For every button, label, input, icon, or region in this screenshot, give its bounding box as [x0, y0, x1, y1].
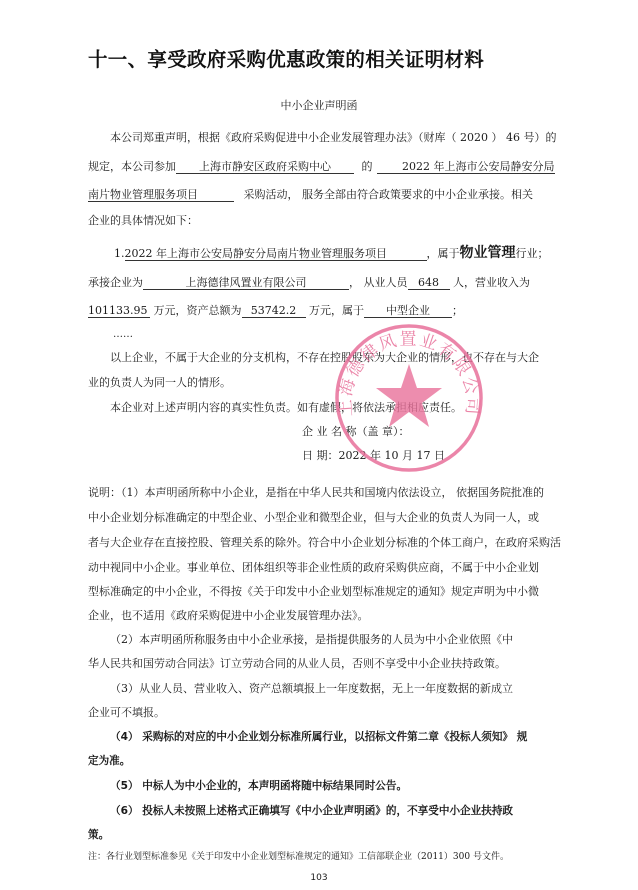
page-number: 103	[0, 873, 638, 883]
signature-label: 企 业 名 称（盖 章）：	[302, 425, 410, 439]
date-line: 日 期：2022 年 10 月 17 日	[302, 449, 445, 463]
enterprise-line-2: 承接企业为上海德律风置业有限公司， 从业人员648 人，营业收入为	[88, 276, 530, 290]
enterprise-line-1: 1.2022 年上海市公安局静安分局南片物业管理服务项目，属于物业管理行业；	[114, 246, 549, 261]
revenue-field: 101133.95	[88, 304, 150, 318]
note-6-line-1: （6） 投标人未按照上述格式正确填写《中小企业声明函》的，不享受中小企业扶持政	[110, 804, 513, 818]
note-1-line-6: 企业，也不适用《政府采购促进中小企业发展管理办法》。	[88, 609, 369, 623]
purchaser-field: 上海市静安区政府采购中心	[176, 160, 354, 174]
belongs-label: ，属于	[427, 247, 460, 260]
date-label: 日 期：	[302, 449, 339, 462]
declaration-line-3: 南片物业管理服务项目 采购活动， 服务全部由符合政策要求的中小企业承接。相关	[88, 188, 533, 202]
note-1-line-1: 说明：（1）本声明函所称中小企业，是指在中华人民共和国境内依法设立， 依据国务院…	[88, 486, 544, 500]
industry-value: 物业管理	[460, 245, 516, 261]
project-field-part2: 南片物业管理服务项目	[88, 188, 234, 202]
note-4-line-1: （4） 采购标的对应的中小企业划分标准所属行业，以招标文件第二章《投标人须知》 …	[110, 730, 527, 744]
enterprise-line-3: 101133.95 万元，资产总额为53742.2 万元，属于中型企业；	[88, 304, 463, 318]
contractor-label: 承接企业为	[88, 276, 143, 289]
industry-suffix: 行业；	[516, 247, 549, 260]
declaration-line-2: 规定，本公司参加上海市静安区政府采购中心 的2022 年上海市公安局静安分局	[88, 160, 555, 174]
participate-label: 规定，本公司参加	[88, 160, 176, 173]
item-number: 1.	[114, 247, 125, 260]
statement-2: 本企业对上述声明内容的真实性负责。如有虚假，将依法承担相应责任。	[110, 401, 462, 415]
statement-1-line-2: 业的负责人为同一人的情形。	[88, 376, 231, 390]
employees-label: ， 从业人员	[349, 276, 408, 289]
note-3-line-2: 企业可不填报。	[88, 706, 165, 720]
note-6-line-2: 策。	[88, 828, 109, 842]
note-2-line-1: （2）本声明函所称服务由中小企业承接，是指提供服务的人员为中小企业依照《中	[110, 633, 513, 647]
section-title: 十一、享受政府采购优惠政策的相关证明材料	[88, 44, 484, 72]
project-name-field: 2022 年上海市公安局静安分局南片物业管理服务项目	[125, 247, 427, 261]
revenue-label: 人，营业收入为	[453, 276, 530, 289]
note-1-line-3: 者与大企业存在直接控股、管理关系的除外。符合中小企业划分标准的个体工商户，在政府…	[88, 536, 561, 550]
of-label: 的	[362, 160, 373, 173]
enterprise-type-field: 中型企业	[364, 304, 452, 318]
note-5: （5） 中标人为中小企业的，本声明函将随中标结果同时公告。	[110, 779, 407, 793]
employees-field: 648	[408, 276, 450, 290]
project-field-part1: 2022 年上海市公安局静安分局	[377, 160, 555, 174]
date-value: 2022 年 10 月 17 日	[339, 449, 445, 462]
note-3-line-1: （3）从业人员、营业收入、资产总额填报上一年度数据，无上一年度数据的新成立	[110, 682, 513, 696]
footnote: 注：各行业划型标准参见《关于印发中小企业划型标准规定的通知》工信部联企业（201…	[88, 850, 509, 864]
declaration-line-1: 本公司郑重声明，根据《政府采购促进中小企业发展管理办法》（财库（ 2020 ） …	[110, 131, 556, 145]
declaration-line-4: 企业的具体情况如下：	[88, 214, 198, 228]
note-2-line-2: 华人民共和国劳动合同法》订立劳动合同的从业人员，否则不享受中小企业扶持政策。	[88, 657, 506, 671]
note-1-line-2: 中小企业划分标准确定的中型企业、小型企业和微型企业，但与大企业的负责人为同一人，…	[88, 511, 539, 525]
ellipsis: ……	[113, 328, 133, 342]
contractor-name-field: 上海德律风置业有限公司	[143, 276, 349, 290]
statement-1-line-1: 以上企业，不属于大企业的分支机构，不存在控股股东为大企业的情形，也不存在与大企	[110, 351, 539, 365]
note-1-line-4: 动中视同中小企业。事业单位、团体组织等非企业性质的政府采购供应商，不属于中小企业…	[88, 561, 539, 575]
assets-field: 53742.2	[242, 304, 306, 318]
note-1-line-5: 型标准确定的中小企业，不得按《关于印发中小企业划型标准规定的通知》规定声明为中小…	[88, 585, 539, 599]
type-label: 万元，属于	[309, 304, 364, 317]
assets-label: 万元，资产总额为	[154, 304, 242, 317]
procurement-activity-text: 采购活动， 服务全部由符合政策要求的中小企业承接。相关	[244, 188, 534, 201]
note-4-line-2: 定为准。	[88, 754, 130, 768]
type-suffix: ；	[452, 304, 463, 317]
letter-title: 中小企业声明函	[0, 97, 638, 113]
